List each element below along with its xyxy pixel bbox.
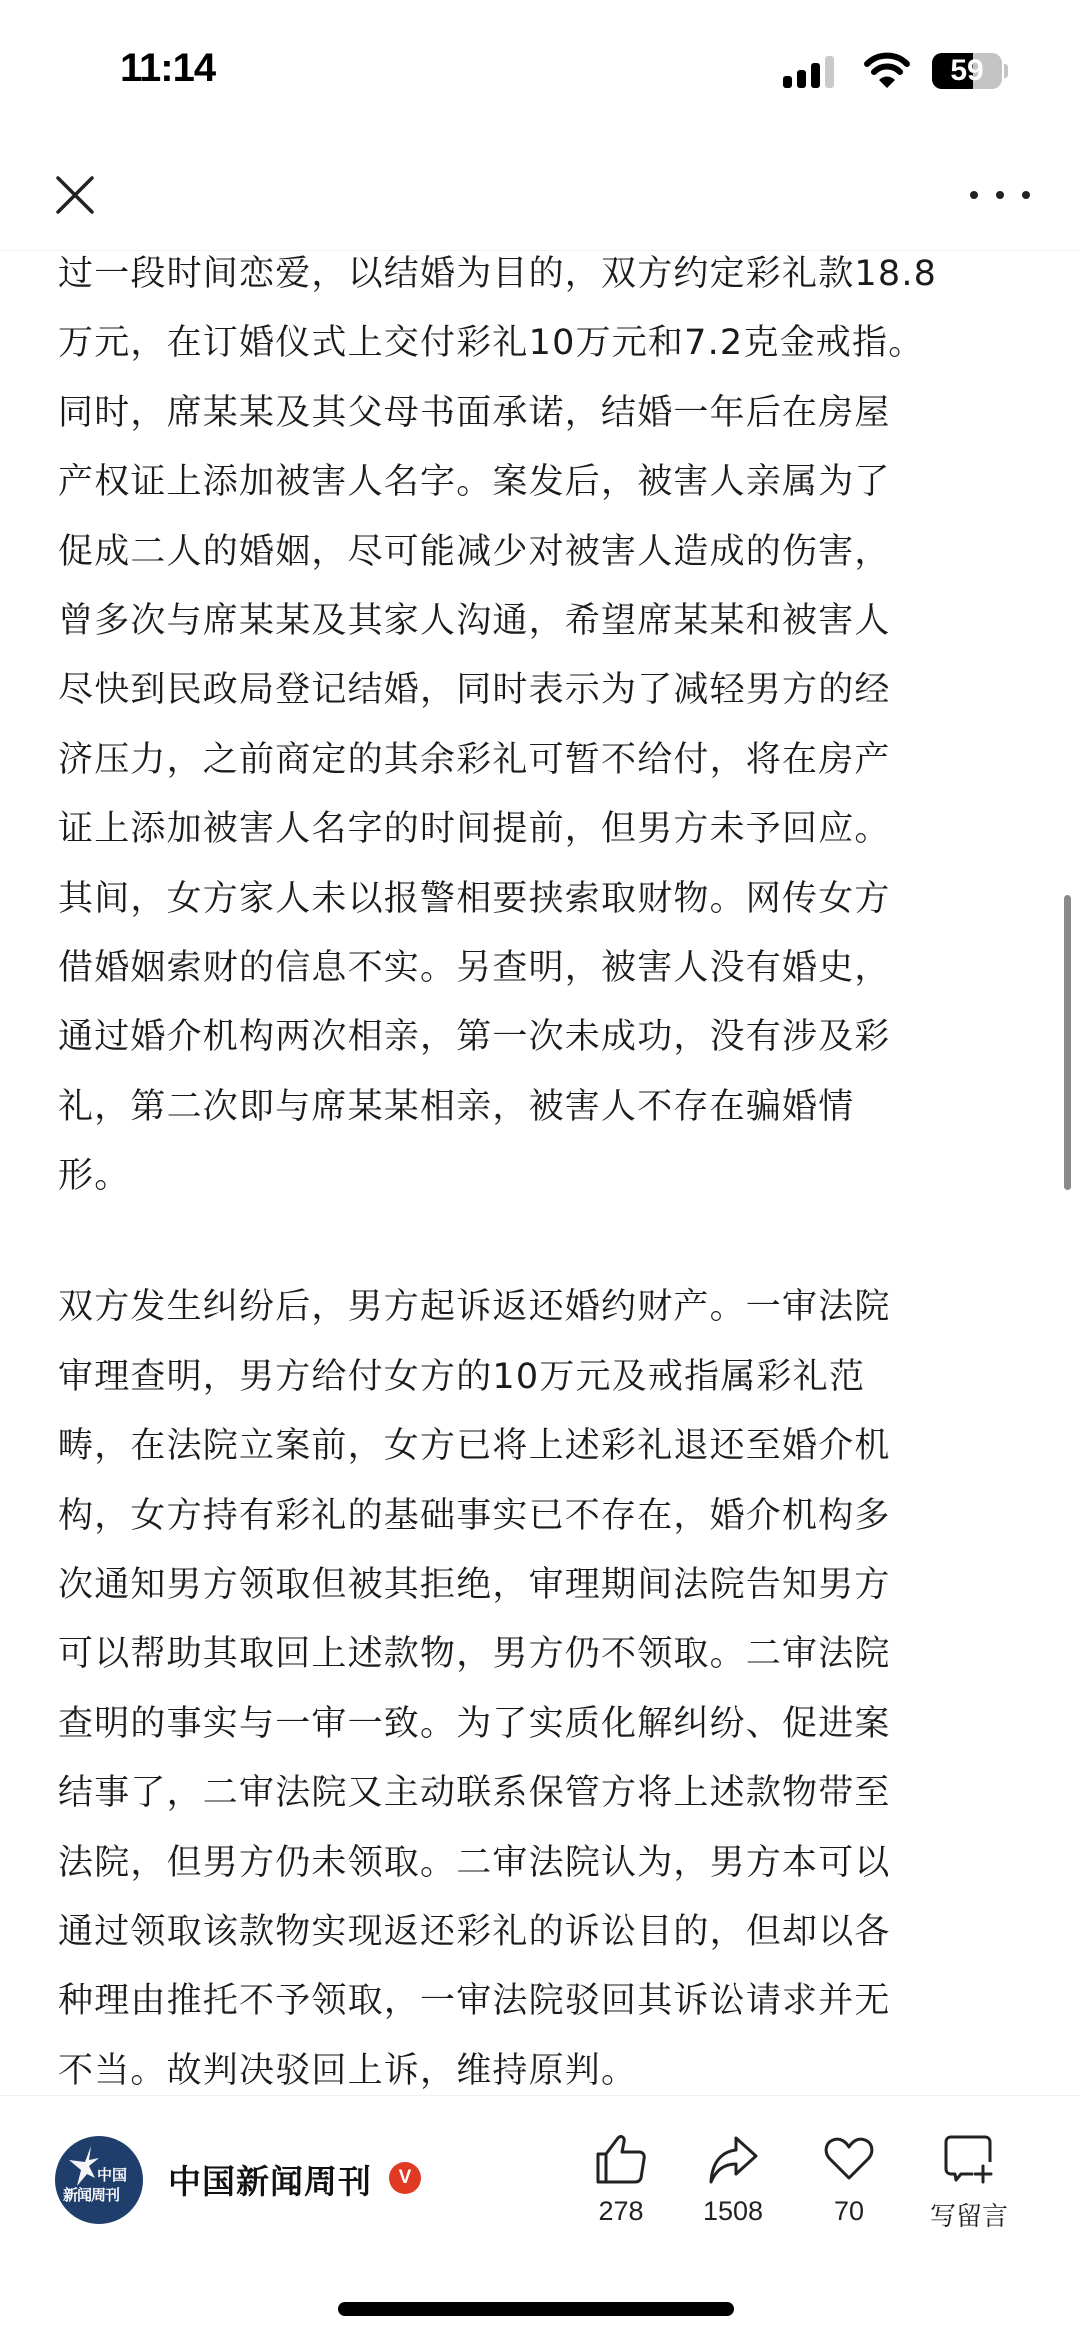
body-text: 可以帮助其取回上述款物， bbox=[58, 1634, 492, 1674]
article-line: 形。 bbox=[58, 1142, 1038, 1211]
body-text: ，一审法院驳回其诉讼请求并无 bbox=[384, 1981, 891, 2021]
status-time: 11:14 bbox=[120, 46, 215, 91]
highlighted-text: 但男方仍未领取 bbox=[167, 1843, 420, 1883]
heart-icon bbox=[822, 2132, 876, 2186]
body-text: 其间， bbox=[58, 879, 167, 919]
article-paragraph: 双方发生纠纷后，男方起诉返还婚约财产。一审法院审理查明，男方给付女方的10万元及… bbox=[58, 1273, 1038, 2095]
body-text: 通过领取该款物实现返还彩礼的诉讼目的， bbox=[58, 1912, 746, 1952]
favorite-button[interactable]: 70 bbox=[794, 2132, 904, 2227]
close-icon bbox=[50, 170, 100, 220]
wifi-icon bbox=[864, 50, 910, 90]
article-line: 法院，但男方仍未领取。二审法院认为，男方本可以 bbox=[58, 1829, 1038, 1898]
body-text: 通过婚介机构两次相亲，第一次未成功，没有涉及彩 bbox=[58, 1017, 891, 1057]
share-button[interactable]: 1508 bbox=[678, 2132, 788, 2227]
body-text: 曾多次与席某某及其家人沟通，希望席某某和被害人 bbox=[58, 601, 891, 641]
article-line: 双方发生纠纷后，男方起诉返还婚约财产。一审法院 bbox=[58, 1273, 1038, 1342]
article-line: 结事了，二审法院又主动联系保管方将上述款物带至 bbox=[58, 1759, 1038, 1828]
home-indicator bbox=[338, 2302, 734, 2316]
share-icon bbox=[706, 2132, 760, 2186]
highlighted-text: 借婚姻索财的信息不实。 bbox=[58, 948, 456, 988]
write-comment-button[interactable]: 写留言 bbox=[914, 2132, 1024, 2233]
body-text: 尽快到民政局登记结婚， bbox=[58, 670, 456, 710]
thumbs-up-icon bbox=[594, 2132, 648, 2186]
article-line: 次通知男方领取但被其拒绝，审理期间法院告知男方 bbox=[58, 1551, 1038, 1620]
article-line: 种理由推托不予领取，一审法院驳回其诉讼请求并无 bbox=[58, 1967, 1038, 2036]
article-line: 查明的事实与一审一致。为了实质化解纠纷、促进案 bbox=[58, 1690, 1038, 1759]
battery-percent: 59 bbox=[932, 53, 1002, 89]
article-line: 畴，在法院立案前，女方已将上述彩礼退还至婚介机 bbox=[58, 1412, 1038, 1481]
article-line: 尽快到民政局登记结婚，同时表示为了减轻男方的经 bbox=[58, 656, 1038, 725]
highlighted-text: 女方家人未以报警相要挟索取财物。网传女方 bbox=[167, 879, 891, 919]
close-button[interactable] bbox=[50, 170, 100, 220]
body-text: 产权证上添加被害人名字。案发后，被害人亲属为了 bbox=[58, 462, 891, 502]
verified-badge-icon: V bbox=[389, 2162, 421, 2194]
account-avatar[interactable]: 中国 新闻周刊 bbox=[55, 2136, 143, 2224]
article-line: 构，女方持有彩礼的基础事实已不存在，婚介机构多 bbox=[58, 1482, 1038, 1551]
article-line: 过一段时间恋爱，以结婚为目的，双方约定彩礼款18.8 bbox=[58, 240, 1038, 309]
body-text: 。二审法院 bbox=[710, 1634, 891, 1674]
body-text: 过一段时间恋爱，以结婚为目的，双方约定彩礼款18.8 bbox=[58, 254, 937, 294]
article-paragraph: 过一段时间恋爱，以结婚为目的，双方约定彩礼款18.8万元，在订婚仪式上交付彩礼1… bbox=[58, 240, 1038, 1211]
body-text: 万元，在订婚仪式上交付彩礼10万元和7.2克金戒指。 bbox=[58, 323, 924, 363]
article-line: 通过领取该款物实现返还彩礼的诉讼目的，但却以各 bbox=[58, 1898, 1038, 1967]
article-line: 同时，席某某及其父母书面承诺，结婚一年后在房屋 bbox=[58, 379, 1038, 448]
article-line: 不当。故判决驳回上诉，维持原判。 bbox=[58, 2037, 1038, 2095]
body-text: 查明的事实与一审一致。为了实质化解纠纷、促进案 bbox=[58, 1704, 891, 1744]
article-line: 可以帮助其取回上述款物，男方仍不领取。二审法院 bbox=[58, 1620, 1038, 1689]
more-icon-dot bbox=[996, 191, 1004, 199]
more-icon-dot bbox=[970, 191, 978, 199]
body-text: 审理查明，男方给付女方的10万元及戒指属彩礼范 bbox=[58, 1357, 865, 1397]
status-bar: 11:14 59 bbox=[0, 0, 1080, 130]
more-icon-dot bbox=[1022, 191, 1030, 199]
article-line: 促成二人的婚姻，尽可能减少对被害人造成的伤害， bbox=[58, 518, 1038, 587]
like-button[interactable]: 278 bbox=[566, 2132, 676, 2227]
battery-nub bbox=[1004, 64, 1008, 78]
write-comment-label: 写留言 bbox=[914, 2196, 1024, 2233]
account-name[interactable]: 中国新闻周刊 bbox=[168, 2156, 372, 2203]
favorite-count: 70 bbox=[794, 2196, 904, 2227]
article-body: 过一段时间恋爱，以结婚为目的，双方约定彩礼款18.8万元，在订婚仪式上交付彩礼1… bbox=[58, 240, 1038, 2095]
article-line: 礼，第二次即与席某某相亲，被害人不存在骗婚情 bbox=[58, 1073, 1038, 1142]
write-comment-icon bbox=[941, 2132, 997, 2186]
body-text: 双方发生纠纷后，男方起诉返还婚约财产。一审法院 bbox=[58, 1287, 891, 1327]
paragraph-gap bbox=[58, 1211, 1038, 1273]
article-nav-bar bbox=[0, 140, 1080, 251]
article-line: 证上添加被害人名字的时间提前，但男方未予回应。 bbox=[58, 795, 1038, 864]
battery-indicator: 59 bbox=[932, 53, 1002, 89]
avatar-text-top: 中国 bbox=[97, 2164, 127, 2185]
body-text: 结事了，二审法院又主动联系保管方将上述款物带至 bbox=[58, 1773, 891, 1813]
body-text: 同时，席某某及其父母书面承诺，结婚一年后在房屋 bbox=[58, 393, 891, 433]
scrollbar[interactable] bbox=[1064, 895, 1071, 1190]
highlighted-text: 种理由推托不予领取 bbox=[58, 1981, 384, 2021]
body-text: 不当。故判决驳回上诉，维持原判。 bbox=[58, 2051, 637, 2091]
highlighted-text: 男方仍不领取 bbox=[492, 1634, 709, 1674]
cellular-signal-icon bbox=[783, 54, 839, 88]
article-footer: 中国 新闻周刊 中国新闻周刊 V 278 1508 70 写留言 bbox=[0, 2095, 1080, 2337]
more-options-button[interactable] bbox=[970, 180, 1030, 210]
body-text: 形。 bbox=[58, 1156, 130, 1196]
highlighted-text: 在法院立案前，女方已将上述彩礼退还至婚介机 bbox=[130, 1426, 890, 1466]
article-line: 曾多次与席某某及其家人沟通，希望席某某和被害人 bbox=[58, 587, 1038, 656]
article-line: 通过婚介机构两次相亲，第一次未成功，没有涉及彩 bbox=[58, 1003, 1038, 1072]
article-line: 审理查明，男方给付女方的10万元及戒指属彩礼范 bbox=[58, 1343, 1038, 1412]
like-count: 278 bbox=[566, 2196, 676, 2227]
highlighted-text: 同时表示为了减轻男方的经 bbox=[456, 670, 890, 710]
highlighted-text: 但却以各 bbox=[746, 1912, 891, 1952]
body-text: ，审理期间法院告知男方 bbox=[492, 1565, 890, 1605]
highlighted-text: 证上添加被害人名字的时间提前，但男方未予回应。 bbox=[58, 809, 891, 849]
article-line: 产权证上添加被害人名字。案发后，被害人亲属为了 bbox=[58, 448, 1038, 517]
highlighted-text: 济压力，之前商定的其余彩礼可暂不给付，将在房产 bbox=[58, 740, 891, 780]
highlighted-text: 次通知男方领取但被其拒绝 bbox=[58, 1565, 492, 1605]
highlighted-text: 构，女方持有彩礼的基础事实已不存在，婚介机构多 bbox=[58, 1496, 891, 1536]
article-line: 万元，在订婚仪式上交付彩礼10万元和7.2克金戒指。 bbox=[58, 309, 1038, 378]
article-line: 济压力，之前商定的其余彩礼可暂不给付，将在房产 bbox=[58, 726, 1038, 795]
body-text: 畴， bbox=[58, 1426, 130, 1466]
body-text: 法院， bbox=[58, 1843, 167, 1883]
body-text: 促成二人的婚姻，尽可能减少对被害人造成的伤害， bbox=[58, 532, 891, 572]
body-text: 礼，第二次即与席某某相亲，被害人不存在骗婚情 bbox=[58, 1087, 854, 1127]
body-text: 另查明，被害人没有婚史， bbox=[456, 948, 890, 988]
body-text: 。二审法院认为，男方本可以 bbox=[420, 1843, 891, 1883]
avatar-text-bottom: 新闻周刊 bbox=[63, 2184, 119, 2205]
share-count: 1508 bbox=[678, 2196, 788, 2227]
article-line: 借婚姻索财的信息不实。另查明，被害人没有婚史， bbox=[58, 934, 1038, 1003]
article-line: 其间，女方家人未以报警相要挟索取财物。网传女方 bbox=[58, 865, 1038, 934]
